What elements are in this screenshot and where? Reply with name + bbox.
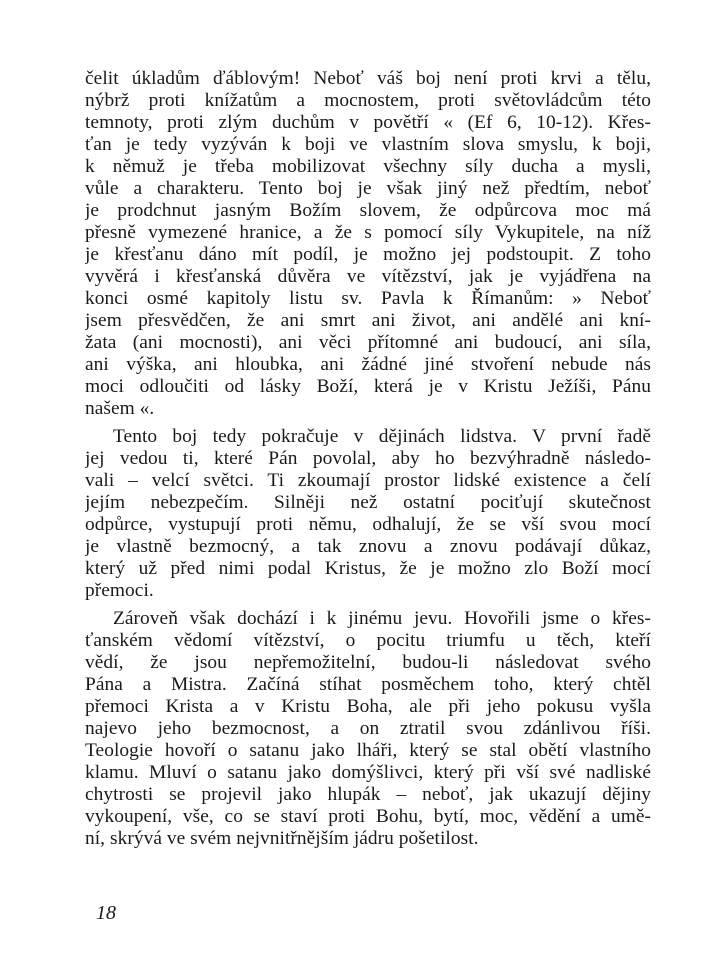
text-line: Zároveň však dochází i k jinému jevu. Ho… bbox=[85, 608, 651, 630]
text-line: Pána a Mistra. Začíná stíhat posměchem t… bbox=[85, 674, 651, 696]
text-line: vyvěrá i křesťanská důvěra ve vítězství,… bbox=[85, 266, 651, 288]
text-line: jsem přesvědčen, že ani smrt ani život, … bbox=[85, 310, 651, 332]
text-line: Tento boj tedy pokračuje v dějinách lids… bbox=[85, 426, 651, 448]
text-line: je vlastně bezmocný, a tak znovu a znovu… bbox=[85, 536, 651, 558]
text-line: temnoty, proti zlým duchům v povětří « (… bbox=[85, 112, 651, 134]
text-line: přesně vymezené hranice, a že s pomocí s… bbox=[85, 222, 651, 244]
text-line: je prodchnut jasným Božím slovem, že odp… bbox=[85, 200, 651, 222]
text-line: přemoci. bbox=[85, 580, 651, 602]
text-line: jejím nebezpečím. Silněji než ostatní po… bbox=[85, 492, 651, 514]
text-line: ní, skrývá ve svém nejvnitřnějším jádru … bbox=[85, 828, 651, 850]
text-line: čelit úkladům ďáblovým! Neboť váš boj ne… bbox=[85, 68, 651, 90]
book-page-body: čelit úkladům ďáblovým! Neboť váš boj ne… bbox=[85, 68, 651, 856]
text-line: našem «. bbox=[85, 398, 651, 420]
text-line: vědí, že jsou nepřemožitelní, budou-li n… bbox=[85, 652, 651, 674]
text-line: žata (ani mocnosti), ani věci přítomné a… bbox=[85, 332, 651, 354]
page-number: 18 bbox=[96, 902, 116, 925]
text-line: najevo jeho bezmocnost, a on ztratil svo… bbox=[85, 718, 651, 740]
text-line: konci osmé kapitoly listu sv. Pavla k Ří… bbox=[85, 288, 651, 310]
text-line: je křesťanu dáno mít podíl, je možno jej… bbox=[85, 244, 651, 266]
text-line: přemoci Krista a v Kristu Boha, ale při … bbox=[85, 696, 651, 718]
text-line: vůle a charakteru. Tento boj je však jin… bbox=[85, 178, 651, 200]
text-line: odpůrce, vystupují proti němu, odhalují,… bbox=[85, 514, 651, 536]
text-line: ťanském vědomí vítězství, o pocitu trium… bbox=[85, 630, 651, 652]
text-line: vali – velcí světci. Ti zkoumají prostor… bbox=[85, 470, 651, 492]
text-line: chytrosti se projevil jako hlupák – nebo… bbox=[85, 784, 651, 806]
text-line: k němuž je třeba mobilizovat všechny síl… bbox=[85, 156, 651, 178]
text-line: Teologie hovoří o satanu jako lháři, kte… bbox=[85, 740, 651, 762]
paragraph-3: Zároveň však dochází i k jinému jevu. Ho… bbox=[85, 608, 651, 850]
text-line: vykoupení, vše, co se staví proti Bohu, … bbox=[85, 806, 651, 828]
paragraph-1: čelit úkladům ďáblovým! Neboť váš boj ne… bbox=[85, 68, 651, 420]
text-line: moci odloučiti od lásky Boží, která je v… bbox=[85, 376, 651, 398]
text-line: ťan je tedy vyzýván k boji ve vlastním s… bbox=[85, 134, 651, 156]
text-line: nýbrž proti knížatům a mocnostem, proti … bbox=[85, 90, 651, 112]
text-line: ani výška, ani hloubka, ani žádné jiné s… bbox=[85, 354, 651, 376]
text-line: jej vedou ti, které Pán povolal, aby ho … bbox=[85, 448, 651, 470]
text-line: který už před nimi podal Kristus, že je … bbox=[85, 558, 651, 580]
text-line: klamu. Mluví o satanu jako domýšlivci, k… bbox=[85, 762, 651, 784]
paragraph-2: Tento boj tedy pokračuje v dějinách lids… bbox=[85, 426, 651, 602]
